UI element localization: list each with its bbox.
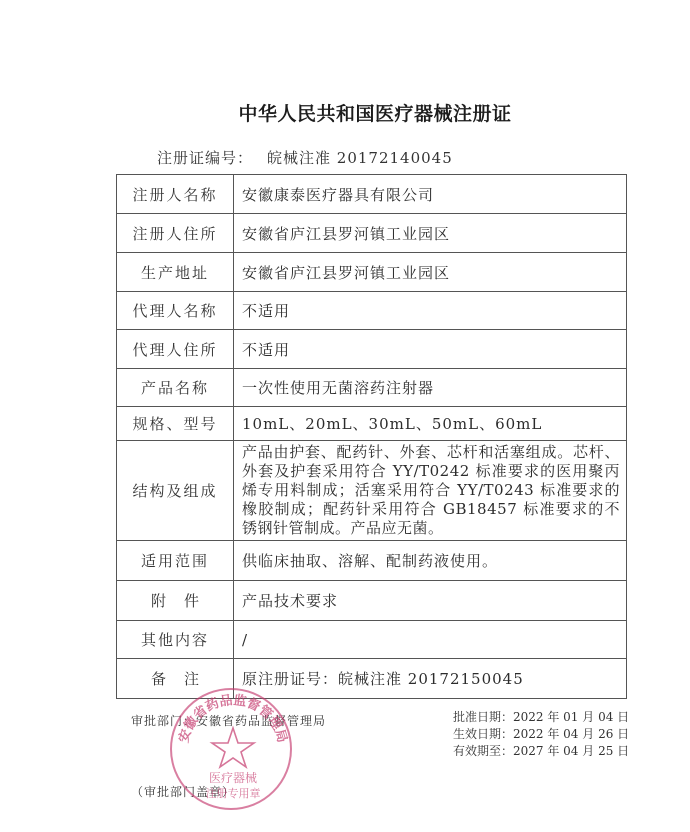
row-label: 附件: [117, 581, 234, 621]
star-icon: 安徽省药品监督管理局 医疗器械 注册专用章: [172, 690, 294, 812]
registration-number: 皖械注准 20172140045: [267, 149, 453, 167]
document-title: 中华人民共和国医疗器械注册证: [0, 99, 690, 126]
official-seal-stamp: 安徽省药品监督管理局 医疗器械 注册专用章: [170, 688, 292, 810]
approval-dates: 批准日期：2022 年 01 月 04 日 生效日期：2022 年 04 月 2…: [453, 709, 629, 760]
row-value: 供临床抽取、溶解、配制药液使用。: [234, 541, 627, 581]
svg-text:安徽省药品监督管理局: 安徽省药品监督管理局: [176, 692, 290, 744]
row-value: 安徽省庐江县罗河镇工业园区: [234, 253, 627, 292]
table-row: 代理人住所 不适用: [117, 330, 627, 369]
row-value: 产品技术要求: [234, 581, 627, 621]
table-row: 规格、型号 10mL、20mL、30mL、50mL、60mL: [117, 407, 627, 441]
row-value: 10mL、20mL、30mL、50mL、60mL: [234, 407, 627, 441]
row-value: 不适用: [234, 330, 627, 369]
row-label: 规格、型号: [117, 407, 234, 441]
registration-number-label: 注册证编号：: [157, 149, 253, 167]
row-value: 产品由护套、配药针、外套、芯杆和活塞组成。芯杆、外套及护套采用符合 YY/T02…: [234, 441, 627, 541]
row-value: /: [234, 621, 627, 659]
row-label: 注册人名称: [117, 175, 234, 214]
effective-date: 生效日期：2022 年 04 月 26 日: [453, 726, 629, 743]
table-row: 适用范围 供临床抽取、溶解、配制药液使用。: [117, 541, 627, 581]
table-row: 注册人住所 安徽省庐江县罗河镇工业园区: [117, 214, 627, 253]
row-value: 一次性使用无菌溶药注射器: [234, 369, 627, 407]
table-row: 代理人名称 不适用: [117, 292, 627, 330]
table-row: 产品名称 一次性使用无菌溶药注射器: [117, 369, 627, 407]
row-label: 适用范围: [117, 541, 234, 581]
table-row: 注册人名称 安徽康泰医疗器具有限公司: [117, 175, 627, 214]
svg-text:医疗器械: 医疗器械: [209, 770, 257, 785]
registration-number-line: 注册证编号：皖械注准 20172140045: [157, 147, 453, 168]
row-value: 不适用: [234, 292, 627, 330]
row-label: 产品名称: [117, 369, 234, 407]
row-label-text: 附件: [133, 592, 217, 610]
certificate-table: 注册人名称 安徽康泰医疗器具有限公司 注册人住所 安徽省庐江县罗河镇工业园区 生…: [116, 174, 627, 699]
row-label-text: 备注: [133, 670, 217, 688]
table-row: 生产地址 安徽省庐江县罗河镇工业园区: [117, 253, 627, 292]
row-label: 代理人名称: [117, 292, 234, 330]
row-label: 注册人住所: [117, 214, 234, 253]
table-row: 结构及组成 产品由护套、配药针、外套、芯杆和活塞组成。芯杆、外套及护套采用符合 …: [117, 441, 627, 541]
row-value: 安徽省庐江县罗河镇工业园区: [234, 214, 627, 253]
table-row: 其他内容 /: [117, 621, 627, 659]
row-value: 安徽康泰医疗器具有限公司: [234, 175, 627, 214]
table-row: 附件 产品技术要求: [117, 581, 627, 621]
expiry-date: 有效期至：2027 年 04 月 25 日: [453, 743, 629, 760]
row-label: 其他内容: [117, 621, 234, 659]
row-label: 代理人住所: [117, 330, 234, 369]
approval-date: 批准日期：2022 年 01 月 04 日: [453, 709, 629, 726]
svg-text:注册专用章: 注册专用章: [206, 786, 261, 800]
row-label: 生产地址: [117, 253, 234, 292]
row-label: 结构及组成: [117, 441, 234, 541]
